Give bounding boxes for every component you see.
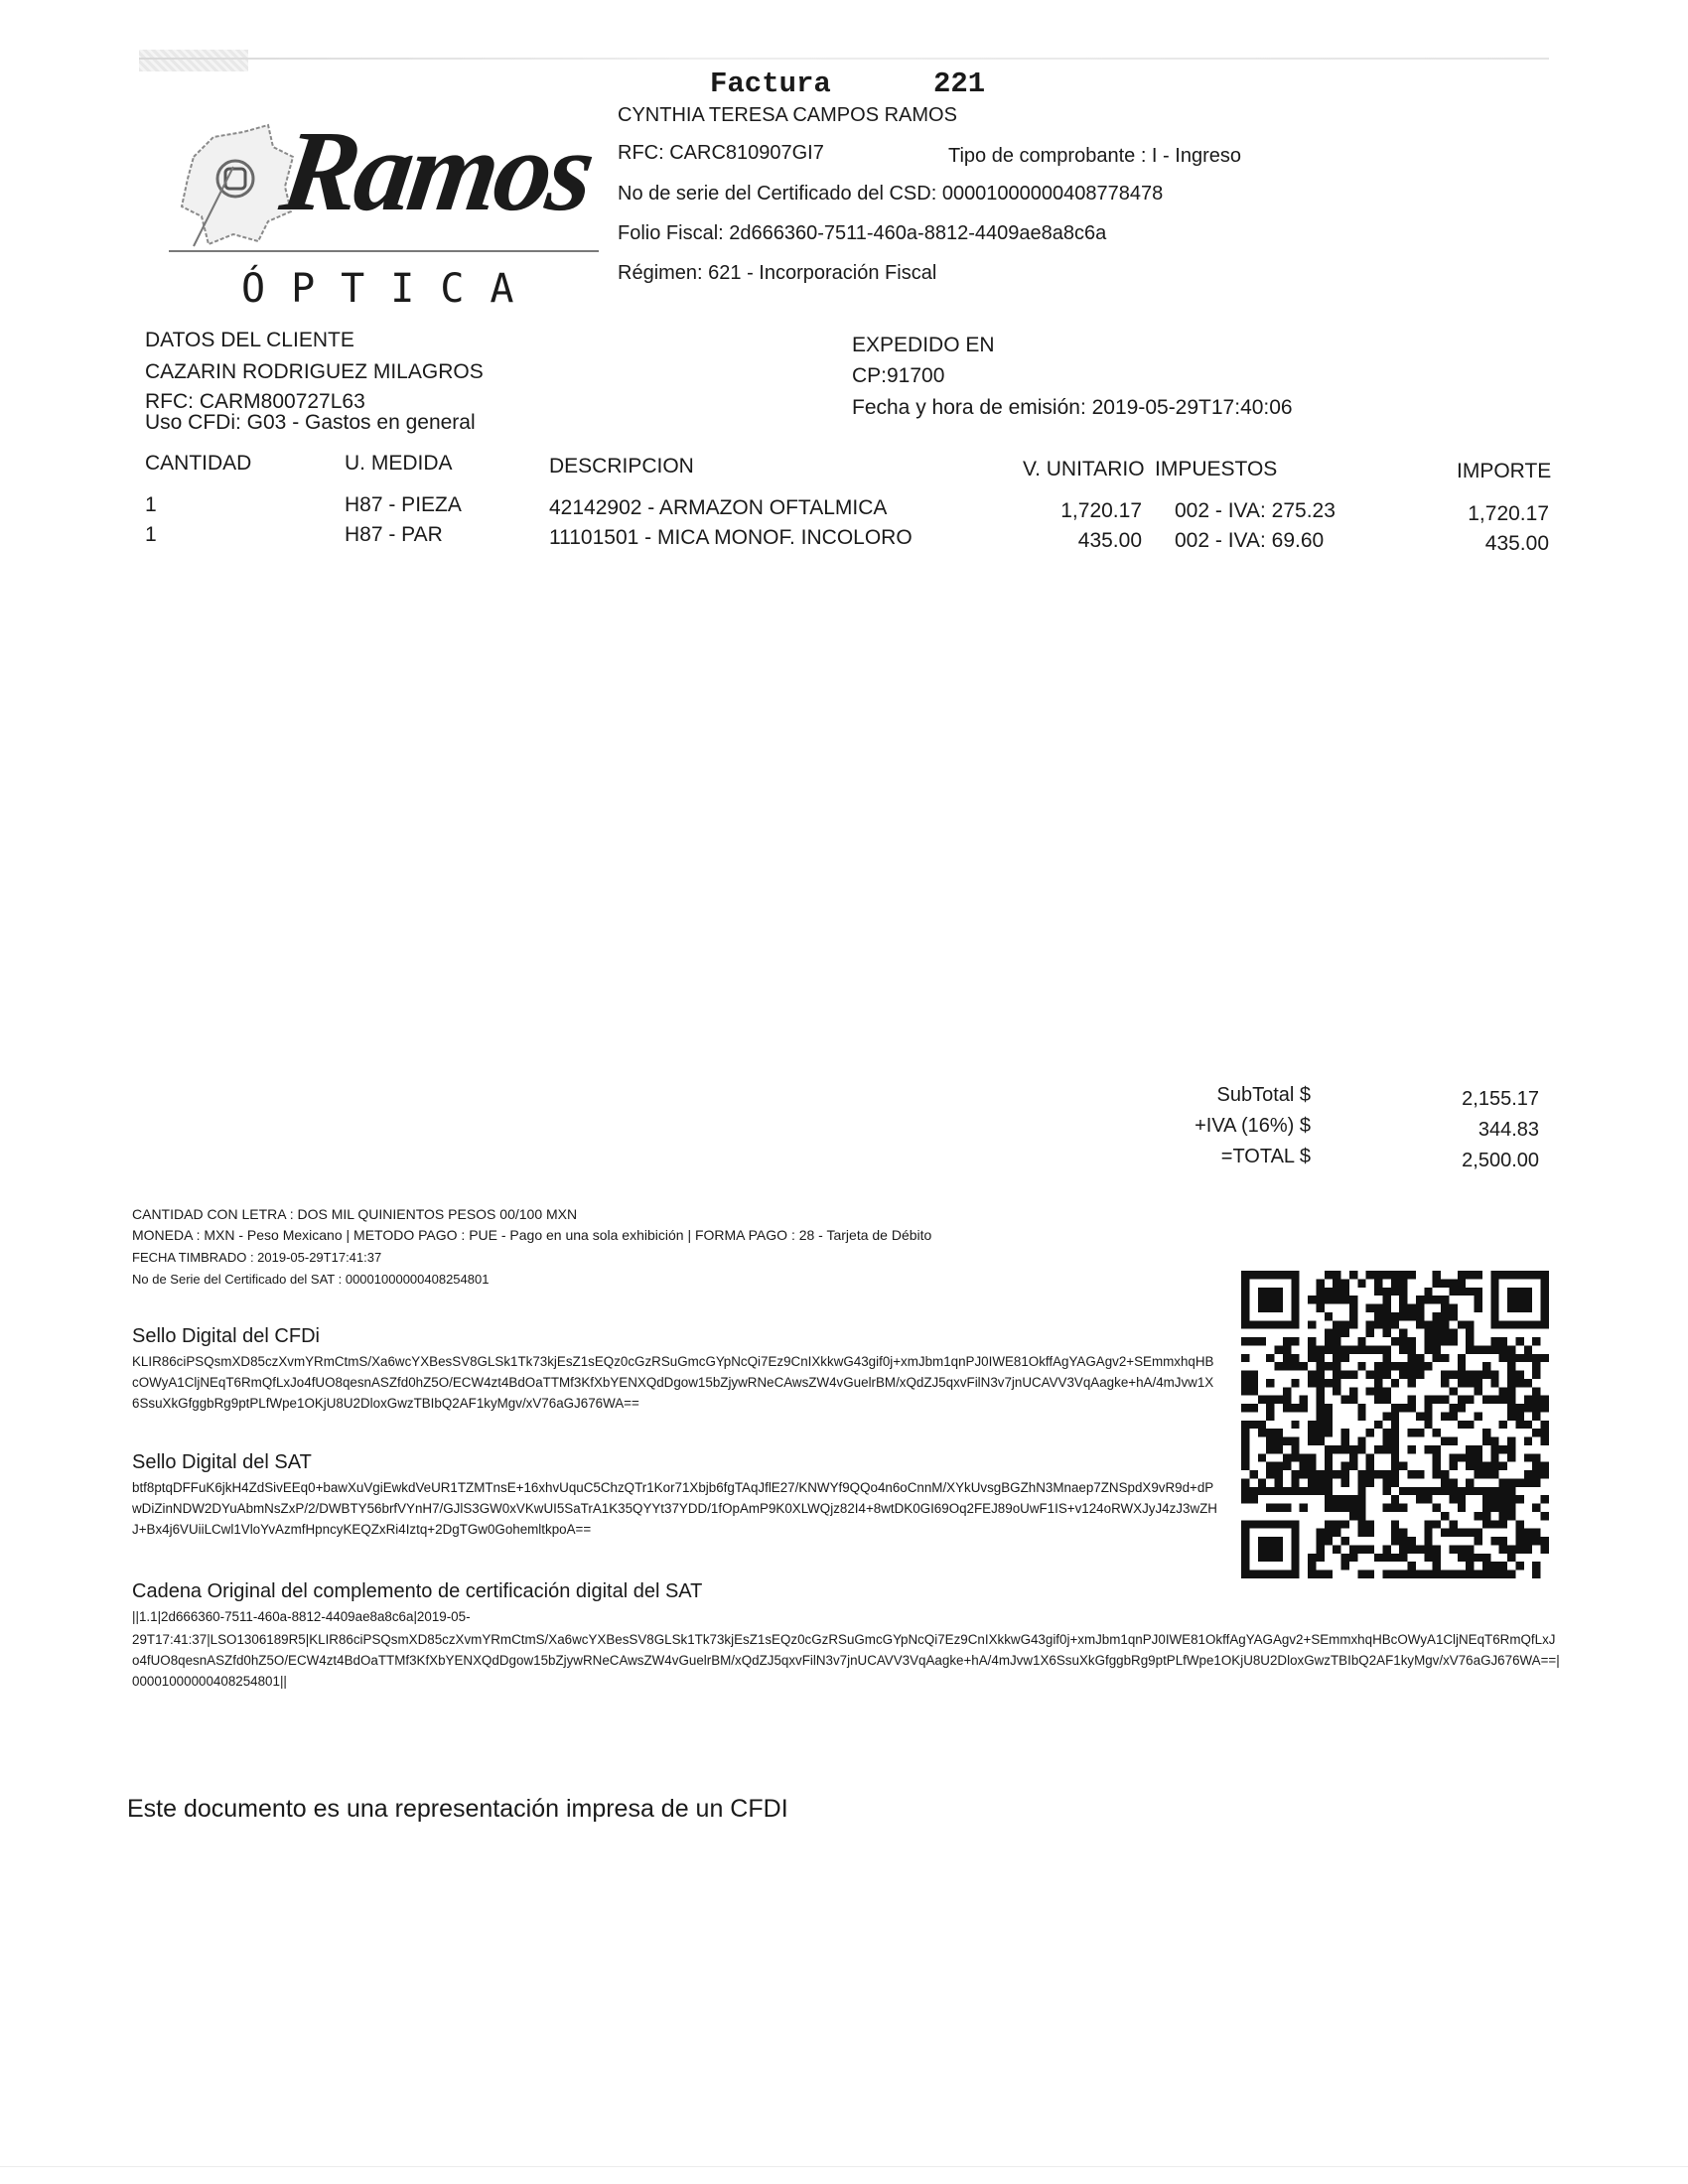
qr-code-icon — [1241, 1271, 1549, 1578]
total-label: =TOTAL $ — [1112, 1146, 1311, 1168]
cfdi-representation-note: Este documento es una representación imp… — [127, 1795, 788, 1824]
subtotal-value: 2,155.17 — [1390, 1088, 1539, 1111]
row-impuestos: 002 - IVA: 69.60 — [1175, 529, 1324, 553]
expedition-cp: CP:91700 — [852, 364, 944, 388]
row-descripcion: 11101501 - MICA MONOF. INCOLORO — [549, 526, 913, 550]
cadena-original-title: Cadena Original del complemento de certi… — [132, 1580, 702, 1603]
scan-line-bottom — [0, 2166, 1688, 2167]
col-header-importe: IMPORTE — [1457, 460, 1551, 483]
moneda-metodo-forma-pago: MONEDA : MXN - Peso Mexicano | METODO PA… — [132, 1227, 931, 1243]
total-value: 2,500.00 — [1390, 1150, 1539, 1172]
serie-certificado-sat: No de Serie del Certificado del SAT : 00… — [132, 1272, 489, 1287]
cadena-original-value: 29T17:41:37|LSO1306189R5|KLIR86ciPSQsmXD… — [132, 1629, 1562, 1692]
sello-sat-value: btf8ptqDFFuK6jkH4ZdSivEEq0+bawXuVgiEwkdV… — [132, 1477, 1219, 1540]
row-cantidad: 1 — [145, 493, 157, 517]
row-cantidad: 1 — [145, 523, 157, 547]
fecha-timbrado: FECHA TIMBRADO : 2019-05-29T17:41:37 — [132, 1250, 381, 1265]
client-name: CAZARIN RODRIGUEZ MILAGROS — [145, 360, 484, 384]
row-importe: 435.00 — [1430, 532, 1549, 556]
col-header-valor-unitario: V. UNITARIO — [1023, 458, 1145, 481]
cadena-original-line1: ||1.1|2d666360-7511-460a-8812-4409ae8a8c… — [132, 1606, 1562, 1627]
row-unidad: H87 - PIEZA — [345, 493, 462, 517]
sello-cfdi-title: Sello Digital del CFDi — [132, 1325, 320, 1348]
row-descripcion: 42142902 - ARMAZON OFTALMICA — [549, 496, 887, 520]
scan-line-top — [139, 58, 1549, 60]
iva-value: 344.83 — [1390, 1119, 1539, 1142]
row-importe: 1,720.17 — [1430, 502, 1549, 526]
invoice-number: 221 — [933, 68, 985, 100]
sello-sat-title: Sello Digital del SAT — [132, 1451, 312, 1474]
client-heading: DATOS DEL CLIENTE — [145, 329, 354, 352]
issuer-name: CYNTHIA TERESA CAMPOS RAMOS — [618, 104, 957, 127]
logo-script-text: Ramos — [275, 114, 598, 229]
logo-divider — [169, 250, 599, 252]
subtotal-label: SubTotal $ — [1112, 1084, 1311, 1107]
folio-fiscal: Folio Fiscal: 2d666360-7511-460a-8812-44… — [618, 222, 1106, 245]
fecha-emision: Fecha y hora de emisión: 2019-05-29T17:4… — [852, 396, 1293, 420]
issuer-rfc: RFC: CARC810907GI7 — [618, 142, 824, 165]
row-unidad: H87 - PAR — [345, 523, 443, 547]
expedition-heading: EXPEDIDO EN — [852, 334, 995, 357]
row-valor-unitario: 435.00 — [1023, 529, 1142, 553]
logo-subtitle: ÓPTICA — [241, 266, 540, 312]
tipo-comprobante: Tipo de comprobante : I - Ingreso — [948, 145, 1241, 168]
row-impuestos: 002 - IVA: 275.23 — [1175, 499, 1336, 523]
row-valor-unitario: 1,720.17 — [1023, 499, 1142, 523]
col-header-unidad: U. MEDIDA — [345, 452, 453, 476]
iva-label: +IVA (16%) $ — [1112, 1115, 1311, 1138]
col-header-impuestos: IMPUESTOS — [1155, 458, 1277, 481]
col-header-descripcion: DESCRIPCION — [549, 455, 694, 478]
document-title: Factura — [710, 68, 831, 100]
client-uso-cfdi: Uso CFDi: G03 - Gastos en general — [145, 411, 476, 435]
csd-serial: No de serie del Certificado del CSD: 000… — [618, 183, 1163, 205]
regimen-fiscal: Régimen: 621 - Incorporación Fiscal — [618, 262, 936, 285]
col-header-cantidad: CANTIDAD — [145, 452, 251, 476]
scan-smudge — [139, 50, 248, 71]
cantidad-con-letra: CANTIDAD CON LETRA : DOS MIL QUINIENTOS … — [132, 1206, 577, 1222]
sello-cfdi-value: KLIR86ciPSQsmXD85czXvmYRmCtmS/Xa6wcYXBes… — [132, 1351, 1219, 1414]
